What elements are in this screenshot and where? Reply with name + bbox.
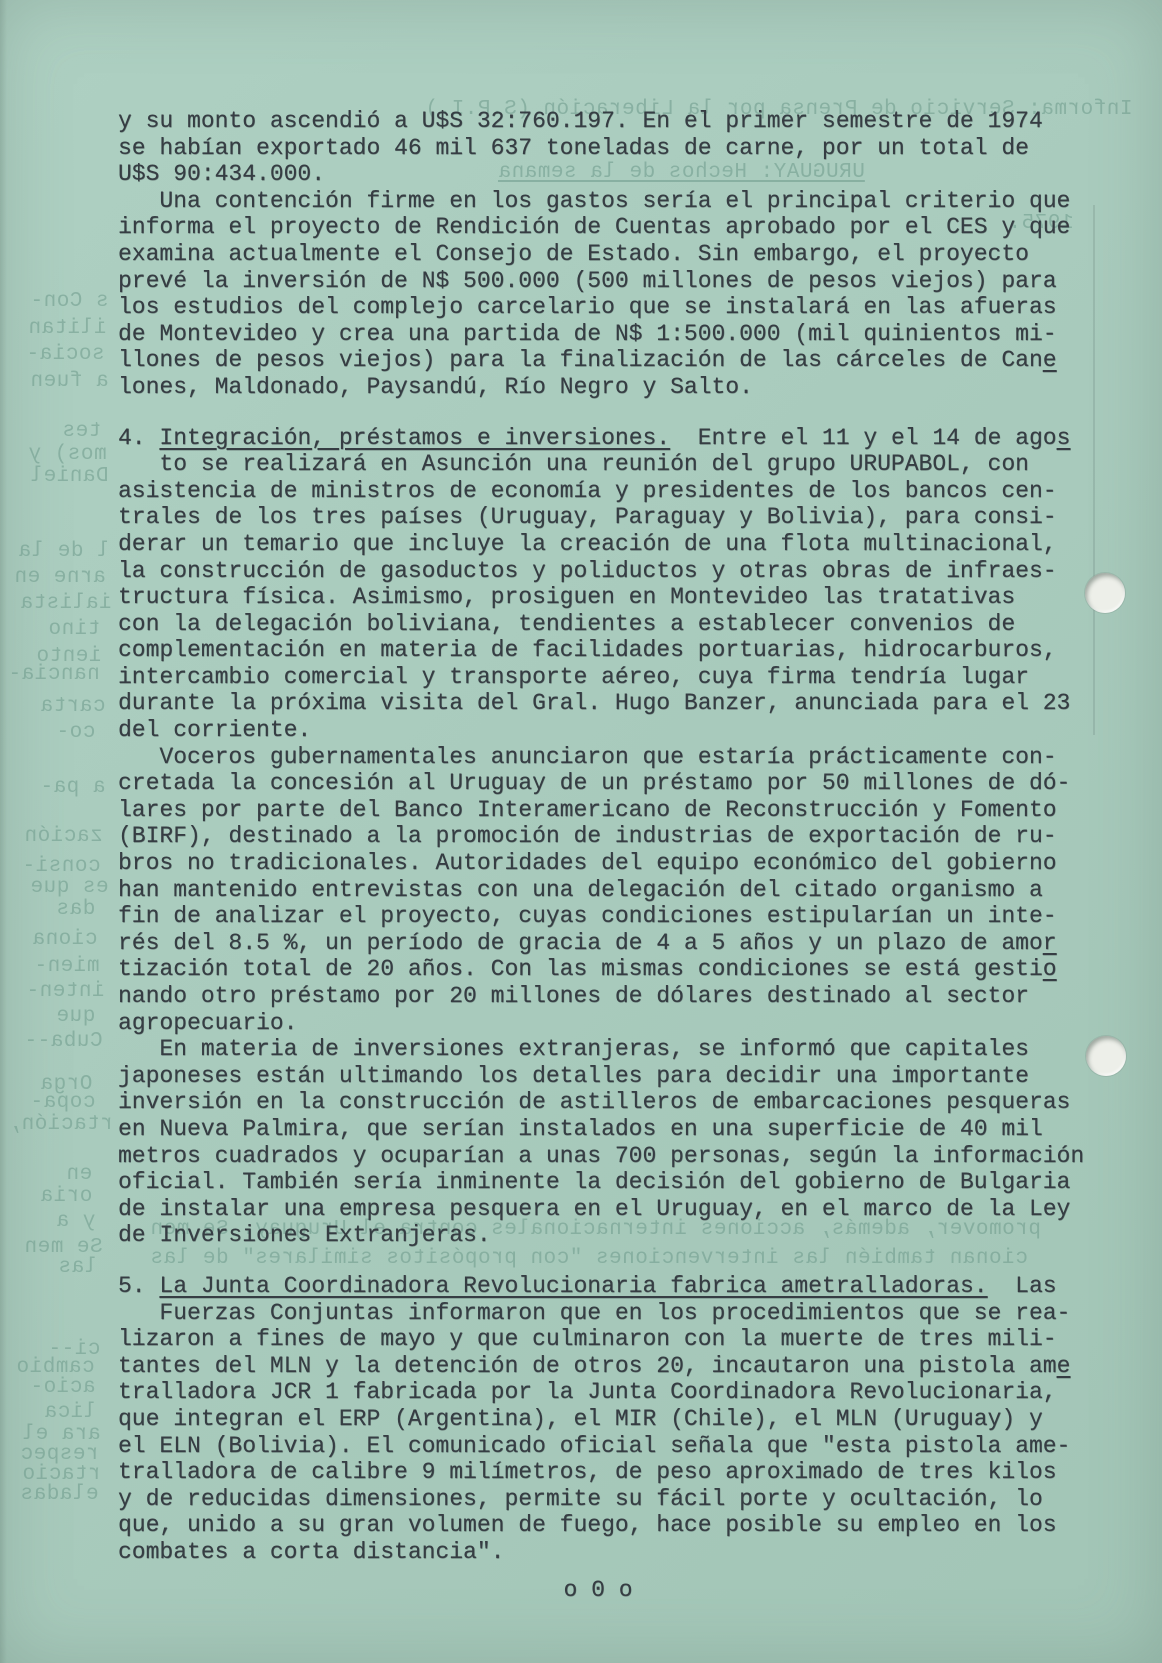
text-line: 4. Integración, préstamos e inversiones.… [118, 425, 1078, 452]
text-line: 5. La Junta Coordinadora Revolucionaria … [118, 1273, 1078, 1300]
bleedthrough-text: das [56, 898, 95, 921]
underlined-text: r [1043, 930, 1057, 956]
bleedthrough-text: a pa- [40, 776, 106, 799]
text-line: fin de analizar el proyecto, cuyas condi… [118, 903, 1078, 930]
text-segment: derar un temario que incluye la creación… [118, 531, 1057, 557]
text-segment: 4. [118, 425, 159, 451]
text-segment: inversión en la construcción de astiller… [118, 1089, 1070, 1115]
text-segment: lares por parte del Banco Interamericano… [118, 797, 1057, 823]
text-segment: informa el proyecto de Rendición de Cuen… [118, 214, 1070, 240]
text-segment: oficial. También sería inminente la deci… [118, 1169, 1070, 1195]
text-line: Fuerzas Conjuntas informaron que en los … [118, 1300, 1078, 1327]
text-line: el ELN (Bolivia). El comunicado oficial … [118, 1433, 1078, 1460]
bleedthrough-text: copa- [30, 1091, 96, 1114]
bleedthrough-text: co- [56, 721, 95, 744]
text-segment: de instalar una empresa pesquera en el U… [118, 1196, 1070, 1222]
bleedthrough-text: las [58, 1256, 97, 1279]
underlined-text: Integración, préstamos e inversiones. [159, 425, 670, 451]
text-segment: tralladora JCR 1 fabricada por la Junta … [118, 1379, 1057, 1405]
end-separator: o 0 o [118, 1577, 1078, 1604]
bleedthrough-text: zación [24, 825, 103, 848]
text-line: metros cuadrados y ocuparían a unas 700 … [118, 1143, 1078, 1170]
text-line: que, unido a su gran volumen de fuego, h… [118, 1512, 1078, 1539]
text-segment: nando otro préstamo por 20 millones de d… [118, 983, 1029, 1009]
text-line: trales de los tres países (Uruguay, Para… [118, 504, 1078, 531]
text-line: lones, Maldonado, Paysandú, Río Negro y … [118, 374, 1078, 401]
bleedthrough-text: tino [48, 618, 100, 641]
text-segment: llones de pesos viejos) para la finaliza… [118, 347, 1043, 373]
text-segment: cretada la concesión al Uruguay de un pr… [118, 770, 1070, 796]
bleedthrough-text: socia- [26, 343, 105, 366]
bleedthrough-text: y a [56, 1210, 95, 1233]
text-segment: bros no tradicionales. Autoridades del e… [118, 850, 1057, 876]
text-segment: de Montevideo y crea una partida de N$ 1… [118, 321, 1057, 347]
text-segment: tantes del MLN y la detención de otros 2… [118, 1353, 1057, 1379]
intro-paragraphs: y su monto ascendió a U$S 32:760.197. En… [118, 108, 1078, 401]
text-segment: complementación en materia de facilidade… [118, 637, 1057, 663]
text-segment: Una contención firme en los gastos sería… [118, 188, 1070, 214]
text-segment: intercambio comercial y transporte aéreo… [118, 664, 1029, 690]
text-line: U$S 90:434.000. [118, 161, 1078, 188]
text-line: examina actualmente el Consejo de Estado… [118, 241, 1078, 268]
text-segment: que integran el ERP (Argentina), el MIR … [118, 1406, 1043, 1432]
bleedthrough-text: arne en [14, 566, 106, 589]
text-line: de instalar una empresa pesquera en el U… [118, 1196, 1078, 1223]
text-line: lares por parte del Banco Interamericano… [118, 797, 1078, 824]
text-segment: durante la próxima visita del Gral. Hugo… [118, 690, 1070, 716]
text-line: durante la próxima visita del Gral. Hugo… [118, 690, 1078, 717]
bleedthrough-text: Cuba-- [24, 1030, 103, 1053]
underlined-text: s [1057, 425, 1071, 451]
text-segment: trales de los tres países (Uruguay, Para… [118, 504, 1057, 530]
text-line: del corriente. [118, 717, 1078, 744]
text-line: tización total de 20 años. Con las misma… [118, 956, 1078, 983]
text-line: informa el proyecto de Rendición de Cuen… [118, 214, 1078, 241]
text-segment: han mantenido entrevistas con una delega… [118, 877, 1043, 903]
text-line: Voceros gubernamentales anunciaron que e… [118, 744, 1078, 771]
bleedthrough-text: lica [44, 1401, 96, 1424]
text-segment: con la delegación boliviana, tendientes … [118, 611, 1015, 637]
bleedthrough-text: mos) y [28, 443, 107, 466]
text-line: tralladora de calibre 9 milímetros, de p… [118, 1459, 1078, 1486]
underlined-text: La Junta Coordinadora Revolucionaria fab… [159, 1273, 987, 1299]
text-line: complementación en materia de facilidade… [118, 637, 1078, 664]
text-line: agropecuario. [118, 1010, 1078, 1037]
text-line: en Nueva Palmira, que serían instalados … [118, 1116, 1078, 1143]
bleedthrough-text: inten- [26, 980, 105, 1003]
text-segment: la construcción de gasoductos y poliduct… [118, 558, 1057, 584]
text-line: bros no tradicionales. Autoridades del e… [118, 850, 1078, 877]
text-line: intercambio comercial y transporte aéreo… [118, 664, 1078, 691]
text-line: En materia de inversiones extranjeras, s… [118, 1036, 1078, 1063]
text-line: Una contención firme en los gastos sería… [118, 188, 1078, 215]
text-segment: combates a corta distancia". [118, 1539, 504, 1565]
text-line: y su monto ascendió a U$S 32:760.197. En… [118, 108, 1078, 135]
bleedthrough-text: es que [30, 876, 109, 899]
bleedthrough-text: oria [40, 1185, 92, 1208]
text-line: lizaron a fines de mayo y que culminaron… [118, 1326, 1078, 1353]
bleedthrough-text: ilitan [28, 317, 107, 340]
text-segment: y de reducidas dimensiones, permite su f… [118, 1486, 1043, 1512]
text-segment: U$S 90:434.000. [118, 161, 325, 187]
text-line: asistencia de ministros de economía y pr… [118, 478, 1078, 505]
bleedthrough-text: que [56, 1005, 95, 1028]
text-segment: asistencia de ministros de economía y pr… [118, 478, 1057, 504]
text-segment: Fuerzas Conjuntas informaron que en los … [118, 1300, 1070, 1326]
text-segment: que, unido a su gran volumen de fuego, h… [118, 1512, 1057, 1538]
text-segment: to se realizará en Asunción una reunión … [118, 451, 1029, 477]
text-segment: examina actualmente el Consejo de Estado… [118, 241, 1029, 267]
punch-hole [1085, 573, 1125, 613]
text-segment: prevé la inversión de N$ 500.000 (500 mi… [118, 268, 1057, 294]
text-line: tantes del MLN y la detención de otros 2… [118, 1353, 1078, 1380]
text-segment: (BIRF), destinado a la promoción de indu… [118, 823, 1057, 849]
text-line: tralladora JCR 1 fabricada por la Junta … [118, 1379, 1078, 1406]
text-segment: tización total de 20 años. Con las misma… [118, 956, 1043, 982]
bleedthrough-text: l de la [18, 540, 110, 563]
bleedthrough-text: Daniel [30, 465, 109, 488]
text-segment: fin de analizar el proyecto, cuyas condi… [118, 903, 1057, 929]
bleedthrough-text: acio- [30, 1376, 96, 1399]
section-5-junta-coordinadora-revolucionaria: 5. La Junta Coordinadora Revolucionaria … [118, 1273, 1078, 1566]
bleedthrough-text: ciona [32, 928, 98, 951]
section-4-integracion-prestamos-e-inversiones: 4. Integración, préstamos e inversiones.… [118, 425, 1078, 1249]
text-segment: metros cuadrados y ocuparían a unas 700 … [118, 1143, 1084, 1169]
bleedthrough-text: en [66, 1163, 92, 1186]
text-segment: Voceros gubernamentales anunciaron que e… [118, 744, 1057, 770]
text-segment: y su monto ascendió a U$S 32:760.197. En… [118, 108, 1043, 134]
text-line: o 0 o [118, 1577, 1078, 1604]
bleedthrough-text: nancia- [8, 663, 100, 686]
text-segment: en Nueva Palmira, que serían instalados … [118, 1116, 1043, 1142]
text-line: han mantenido entrevistas con una delega… [118, 877, 1078, 904]
underlined-text: e [1057, 1353, 1071, 1379]
punch-hole [1086, 1036, 1126, 1076]
text-segment: agropecuario. [118, 1010, 297, 1036]
text-segment: los estudios del complejo carcelario que… [118, 294, 1057, 320]
text-segment: japoneses están ultimando los detalles p… [118, 1063, 1029, 1089]
scanned-page: Informa: Servicio de Prensa por la Liber… [0, 0, 1162, 1663]
text-segment: del corriente. [118, 717, 311, 743]
text-line: con la delegación boliviana, tendientes … [118, 611, 1078, 638]
bleedthrough-text: mien- [34, 955, 100, 978]
bleedthrough-text: eladas [20, 1483, 99, 1506]
text-segment: tructura física. Asimismo, prosiguen en … [118, 584, 1015, 610]
underlined-text: e [1043, 347, 1057, 373]
text-segment: rés del 8.5 %, un período de gracia de 4… [118, 930, 1043, 956]
text-line: de Inversiones Extranjeras. [118, 1222, 1078, 1249]
typed-text-column: y su monto ascendió a U$S 32:760.197. En… [118, 108, 1078, 1604]
bleedthrough-text: s Con- [30, 290, 109, 313]
text-line: que integran el ERP (Argentina), el MIR … [118, 1406, 1078, 1433]
text-line: to se realizará en Asunción una reunión … [118, 451, 1078, 478]
text-line: oficial. También sería inminente la deci… [118, 1169, 1078, 1196]
bleedthrough-text: tes [62, 420, 101, 443]
text-line: y de reducidas dimensiones, permite su f… [118, 1486, 1078, 1513]
text-segment: el ELN (Bolivia). El comunicado oficial … [118, 1433, 1070, 1459]
text-segment: lones, Maldonado, Paysandú, Río Negro y … [118, 374, 753, 400]
text-line: llones de pesos viejos) para la finaliza… [118, 347, 1078, 374]
text-line: los estudios del complejo carcelario que… [118, 294, 1078, 321]
text-line: se habían exportado 46 mil 637 toneladas… [118, 135, 1078, 162]
text-line: inversión en la construcción de astiller… [118, 1089, 1078, 1116]
text-line: tructura física. Asimismo, prosiguen en … [118, 584, 1078, 611]
text-line: prevé la inversión de N$ 500.000 (500 mi… [118, 268, 1078, 295]
text-line: derar un temario que incluye la creación… [118, 531, 1078, 558]
text-line: de Montevideo y crea una partida de N$ 1… [118, 321, 1078, 348]
text-segment: En materia de inversiones extranjeras, s… [118, 1036, 1029, 1062]
bleedthrough-text: consi- [22, 855, 101, 878]
text-segment: tralladora de calibre 9 milímetros, de p… [118, 1459, 1057, 1485]
bleedthrough-text: rtación, [8, 1113, 113, 1136]
text-segment: lizaron a fines de mayo y que culminaron… [118, 1326, 1057, 1352]
text-line: combates a corta distancia". [118, 1539, 1078, 1566]
paper-crease [1093, 205, 1095, 735]
text-line: rés del 8.5 %, un período de gracia de 4… [118, 930, 1078, 957]
bleedthrough-text: carta [40, 695, 106, 718]
bleedthrough-text: ialista [20, 592, 112, 615]
text-segment: Entre el 11 y el 14 de ago [670, 425, 1056, 451]
text-segment: de Inversiones Extranjeras. [118, 1222, 491, 1248]
text-segment: Las [988, 1273, 1057, 1299]
text-line: nando otro préstamo por 20 millones de d… [118, 983, 1078, 1010]
text-line: (BIRF), destinado a la promoción de indu… [118, 823, 1078, 850]
text-line: japoneses están ultimando los detalles p… [118, 1063, 1078, 1090]
underlined-text: o [1043, 956, 1057, 982]
text-segment: o 0 o [563, 1577, 632, 1603]
bleedthrough-text: a fuen [30, 370, 109, 393]
text-segment: se habían exportado 46 mil 637 toneladas… [118, 135, 1029, 161]
text-line: la construcción de gasoductos y poliduct… [118, 558, 1078, 585]
text-segment: 5. [118, 1273, 159, 1299]
text-line: cretada la concesión al Uruguay de un pr… [118, 770, 1078, 797]
